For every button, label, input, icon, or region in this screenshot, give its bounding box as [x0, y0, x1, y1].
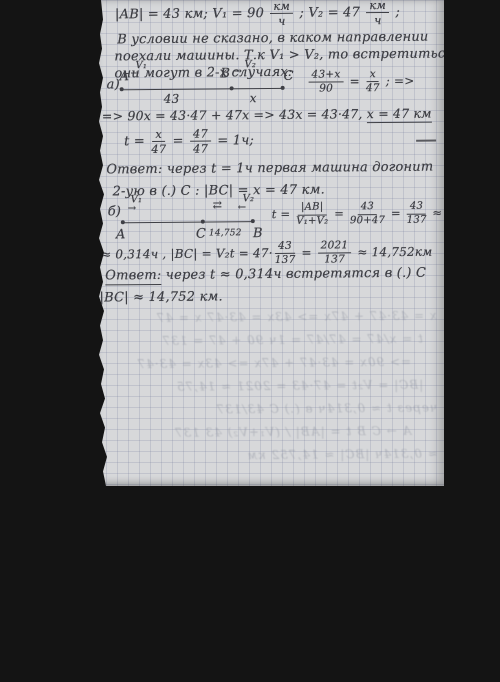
paragraph-line-1: В условии не сказано, в каком направлени… [117, 30, 428, 49]
case-b-label: б) [108, 204, 122, 220]
equation-b-time: t = |AB|V₁+V₂ = 4390+47 = 43137 ≈ [272, 201, 443, 227]
answer-label-underlined: Ответ: [105, 268, 161, 285]
arrow-right-icon: → [233, 66, 242, 79]
point-b-label: B [253, 226, 263, 242]
equation-a-proportion: 43+x90 = x47 ; => [306, 69, 414, 95]
x-result-underlined: x = 47 км [367, 106, 432, 124]
segment-line [121, 88, 284, 91]
point-b-dot [230, 86, 234, 90]
segment-cb-length: 14,752 [209, 228, 242, 240]
stray-mark [416, 140, 436, 142]
equation-a-solve: => 90x = 43·47 + 47x => 43x = 43·47, x =… [102, 106, 432, 125]
bleedthrough-line: t = х/47 = 47/47 = 1ч 90 + 47 = 137 [104, 328, 437, 354]
scan-background: |AB| = 43 км; V₁ = 90 кмч ; V₂ = 47 кмч … [0, 0, 500, 682]
equation-a-time: t = x47 = 4747 = 1ч; [124, 127, 254, 155]
point-c-label: C [196, 227, 206, 243]
bleedthrough-line: |ВС| = V₂t = 47·43 = 2021 ≈ 14,75 [104, 374, 437, 400]
segment-ab-length: 43 [164, 92, 180, 107]
handwriting-layer: |AB| = 43 км; V₁ = 90 кмч ; V₂ = 47 кмч … [93, 0, 446, 488]
v2-label: V₂ [244, 59, 256, 72]
equation-b-distance: ≈ 0,314ч , |BC| = V₂t = 47·43137 = 20211… [101, 240, 432, 268]
double-arrow-icon: ⇄ [213, 198, 223, 212]
point-a-label: A [116, 227, 126, 243]
segment-line [122, 221, 254, 223]
point-c-dot [281, 86, 285, 90]
point-c-dot [201, 220, 205, 224]
point-a-label: A [119, 69, 129, 85]
bleedthrough-line: А → С В t = |АВ| / (V₁+V₂) 43 137 [105, 420, 438, 446]
paragraph-line-2: поехали машины. Т.к V₁ > V₂, то встретит… [114, 46, 454, 65]
point-a-dot [120, 87, 124, 91]
point-a-dot [121, 220, 125, 224]
bleedthrough-layer: х = 43·47 + 47х => 43х = 43·47 х = 47 t … [104, 305, 438, 480]
bleedthrough-line: х = 43·47 + 47х => 43х = 43·47 х = 47 [104, 305, 437, 331]
notebook-page: |AB| = 43 км; V₁ = 90 кмч ; V₂ = 47 кмч … [95, 0, 444, 486]
answer-b-line-2: |BC| ≈ 14,752 км. [99, 289, 222, 306]
answer-a-line-1: Ответ: через t = 1ч первая машина догони… [106, 160, 433, 179]
arrow-right-icon: → [130, 68, 139, 81]
segment-bc-length: x [250, 91, 257, 106]
bleedthrough-line: ≈ 0,314ч |ВС| ≈ 14,752 км [105, 443, 438, 469]
bleedthrough-line: через t ≈ 0,314ч в (.) С 43/137 [104, 397, 437, 423]
given-data-line: |AB| = 43 км; V₁ = 90 кмч ; V₂ = 47 кмч … [115, 0, 400, 28]
arrow-left-icon: ← [238, 202, 247, 215]
case-a-label: а) [107, 77, 120, 93]
point-c-label: C [283, 69, 293, 85]
point-b-dot [251, 219, 255, 223]
arrow-right-icon: → [128, 203, 137, 216]
point-b-label: B [220, 66, 230, 82]
answer-b-line-1: Ответ: через t ≈ 0,314ч встретятся в (.)… [105, 266, 426, 285]
bleedthrough-line: => 90х = 43·47 + 47х => 43х = 43·47 [104, 351, 437, 377]
